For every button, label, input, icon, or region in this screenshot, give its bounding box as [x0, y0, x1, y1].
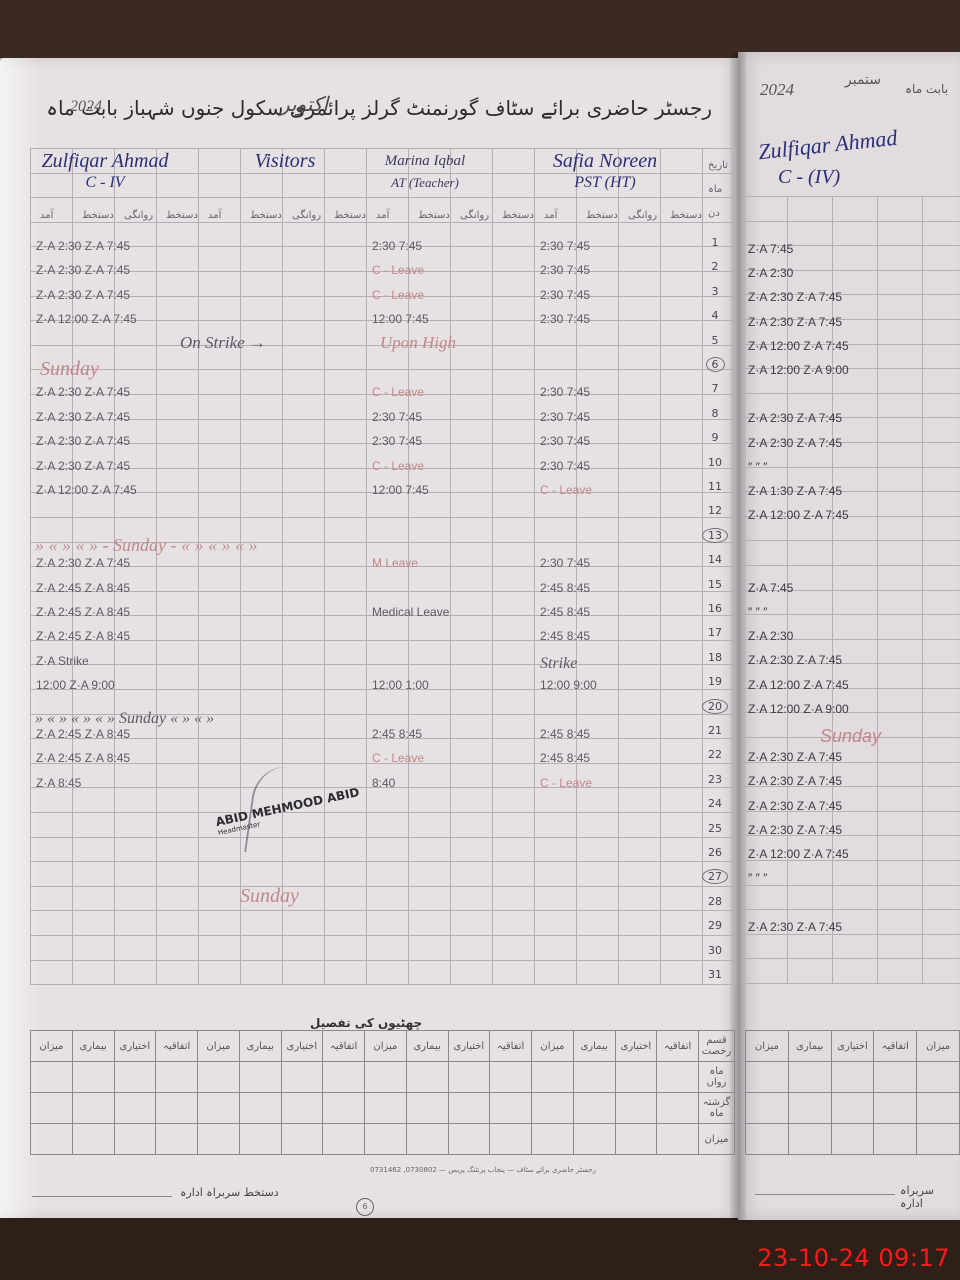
staff-name: Marina Iqbal	[385, 153, 465, 169]
summary-column-header: اتفاقیہ	[657, 1031, 699, 1062]
day-number: 11	[700, 480, 730, 493]
attendance-entry-marina: 2:30 7:45	[372, 434, 422, 448]
day-number-label: 3	[712, 285, 719, 298]
attendance-entry-safia: 2:45 8:45	[540, 727, 590, 741]
right-grid-row	[743, 959, 960, 984]
staff-designation: AT (Teacher)	[365, 172, 485, 194]
attendance-entry-marina: 2:45 8:45	[372, 727, 422, 741]
right-page-entry: Z·A 2:30 Z·A 7:45	[748, 290, 842, 304]
right-page-entry: Z·A 12:00 Z·A 9:00	[748, 702, 849, 716]
attendance-entry-zulfiqar: Z·A 2:30 Z·A 7:45	[36, 410, 130, 424]
day-number-label: 30	[708, 944, 722, 957]
summary-column-header: اختیاری	[448, 1031, 490, 1062]
day-number-label: 5	[712, 334, 719, 347]
day-number-label: 17	[708, 626, 722, 639]
day-number: 28	[700, 895, 730, 908]
day-number-label: 14	[708, 553, 722, 566]
grid-row	[31, 616, 736, 641]
column-label: دستخط	[502, 210, 534, 221]
day-number: 20	[700, 700, 730, 713]
day-number-label: 1	[712, 236, 719, 249]
summary-column-header: میزان	[532, 1031, 574, 1062]
annotation-sunday-27: Sunday	[240, 885, 299, 908]
right-page-entry: Z·A 1:30 Z·A 7:45	[748, 484, 842, 498]
attendance-entry-marina: 12:00 7:45	[372, 483, 429, 497]
column-label: دستخط	[82, 210, 114, 221]
summary-column-header: اختیاری	[114, 1031, 156, 1062]
summary-column-header: بیماری	[573, 1031, 615, 1062]
day-number-label: 19	[708, 675, 722, 688]
day-number-label: 18	[708, 651, 722, 664]
attendance-entry-zulfiqar: Z·A 2:45 Z·A 8:45	[36, 605, 130, 619]
day-number-label: 12	[708, 504, 722, 517]
day-number-label: 2	[712, 260, 719, 273]
day-number-label: 7	[712, 382, 719, 395]
day-number-label: 31	[708, 968, 722, 981]
day-number: 25	[700, 822, 730, 835]
attendance-entry-marina: C - Leave	[372, 263, 424, 277]
summary-column-header: بیماری	[406, 1031, 448, 1062]
attendance-entry-marina: Medical Leave	[372, 605, 449, 619]
attendance-entry-safia: 2:45 8:45	[540, 605, 590, 619]
day-number: 24	[700, 797, 730, 810]
right-page-entry: Z·A 7:45	[748, 581, 793, 595]
day-number: 10	[700, 456, 730, 469]
grid-row	[31, 960, 736, 985]
summary-row-header: ماہ رواں	[699, 1062, 735, 1093]
grid-row	[31, 862, 736, 887]
staff-name: Safia Noreen	[553, 150, 657, 172]
attendance-entry-zulfiqar: Z·A 2:30 Z·A 7:45	[36, 434, 130, 448]
summary-column-header: میزان	[198, 1031, 240, 1062]
day-number-label: 4	[712, 309, 719, 322]
attendance-entry-zulfiqar: Z·A 2:30 Z·A 7:45	[36, 385, 130, 399]
day-number: 13	[700, 529, 730, 542]
attendance-entry-marina: 8:40	[372, 776, 395, 790]
column-label: دستخط	[334, 210, 366, 221]
signature-line	[32, 1196, 172, 1197]
day-number: 30	[700, 944, 730, 957]
grid-row	[31, 911, 736, 936]
attendance-entry-marina: 2:30 7:45	[372, 239, 422, 253]
attendance-entry-marina: C - Leave	[372, 385, 424, 399]
attendance-entry-safia: 2:45 8:45	[540, 581, 590, 595]
summary-row-header: قسم رخصت	[699, 1031, 735, 1062]
summary-row: میزانبیماریاختیاریاتفاقیہمیزانبیماریاختی…	[31, 1031, 735, 1062]
column-label: دستخط	[586, 210, 618, 221]
day-number-label: 9	[712, 431, 719, 444]
attendance-entry-safia: C - Leave	[540, 776, 592, 790]
day-number-label: 20	[702, 699, 728, 714]
leave-summary-table: میزانبیماریاختیاریاتفاقیہمیزانبیماریاختی…	[30, 1030, 735, 1155]
attendance-entry-marina: 12:00 7:45	[372, 312, 429, 326]
right-grid-row	[743, 541, 960, 566]
day-number: 26	[700, 846, 730, 859]
day-number: 17	[700, 626, 730, 639]
column-label: روانگی	[292, 210, 321, 221]
attendance-entry-zulfiqar: Z·A 2:30 Z·A 7:45	[36, 239, 130, 253]
day-number: 9	[700, 431, 730, 444]
column-label: روانگی	[124, 210, 153, 221]
day-number-label: 10	[708, 456, 722, 469]
right-page-entry: Z·A 12:00 Z·A 9:00	[748, 363, 849, 377]
summary-column-header: میزان	[31, 1031, 73, 1062]
summary-column-header: میزان	[746, 1031, 789, 1062]
right-page-entry: Z·A 2:30 Z·A 7:45	[748, 920, 842, 934]
attendance-entry-marina: 12:00 1:00	[372, 678, 429, 692]
attendance-entry-marina: 2:30 7:45	[372, 410, 422, 424]
right-signature-line	[755, 1194, 895, 1195]
summary-column-header: بیماری	[239, 1031, 281, 1062]
column-label: آمد	[376, 210, 389, 221]
attendance-entry-zulfiqar: Z·A 8:45	[36, 776, 81, 790]
page-number: 6	[356, 1198, 374, 1216]
right-page-entry: ″ ″ ″	[748, 460, 767, 474]
attendance-entry-safia: C - Leave	[540, 483, 592, 497]
right-page-entry: Z·A 2:30 Z·A 7:45	[748, 653, 842, 667]
grid-row	[31, 567, 736, 592]
day-number-label: 21	[708, 724, 722, 737]
attendance-entry-zulfiqar: Z·A Strike	[36, 654, 89, 668]
attendance-entry-safia: 2:30 7:45	[540, 556, 590, 570]
day-number-label: 26	[708, 846, 722, 859]
attendance-entry-zulfiqar: Z·A 2:30 Z·A 7:45	[36, 263, 130, 277]
right-grid-row	[743, 934, 960, 959]
column-label: روانگی	[628, 210, 657, 221]
day-number: 3	[700, 285, 730, 298]
right-page-entry: Sunday	[820, 726, 881, 747]
right-summary-row	[746, 1062, 960, 1093]
attendance-entry-safia: 2:30 7:45	[540, 239, 590, 253]
summary-row: میزان	[31, 1124, 735, 1155]
attendance-entry-safia: 2:30 7:45	[540, 434, 590, 448]
day-number: 31	[700, 968, 730, 981]
right-page-entry: Z·A 12:00 Z·A 7:45	[748, 508, 849, 522]
day-number-label: 27	[702, 869, 728, 884]
summary-column-header: بیماری	[788, 1031, 831, 1062]
annotation-sunday-13: » « » « » - Sunday - « » « » « »	[35, 535, 257, 556]
attendance-entry-zulfiqar: Z·A 2:30 Z·A 7:45	[36, 556, 130, 570]
signature-label: دستخط سربراہ ادارہ	[180, 1186, 279, 1199]
annotation-strike-safia: Strike	[540, 655, 577, 673]
summary-column-header: اتفاقیہ	[874, 1031, 917, 1062]
day-number-label: 24	[708, 797, 722, 810]
column-label: دستخط	[166, 210, 198, 221]
attendance-entry-safia: 12:00 9:00	[540, 678, 597, 692]
day-number: 15	[700, 578, 730, 591]
right-page-entry: Z·A 2:30 Z·A 7:45	[748, 411, 842, 425]
attendance-entry-zulfiqar: Z·A 2:30 Z·A 7:45	[36, 459, 130, 473]
camera-timestamp: 23-10-24 09:17	[757, 1244, 950, 1272]
right-page-entry: Z·A 2:30 Z·A 7:45	[748, 799, 842, 813]
register-title-urdu: رجسٹر حاضری برائے سٹاف گورنمنٹ گرلز پرائ…	[46, 96, 712, 120]
right-page-entry: Z·A 12:00 Z·A 7:45	[748, 339, 849, 353]
right-page-entry: Z·A 2:30 Z·A 7:45	[748, 750, 842, 764]
day-number-label: 13	[702, 528, 728, 543]
attendance-entry-safia: 2:30 7:45	[540, 459, 590, 473]
day-number-label: 25	[708, 822, 722, 835]
day-number-label: 28	[708, 895, 722, 908]
right-page-entry: Z·A 7:45	[748, 242, 793, 256]
summary-column-header: اتفاقیہ	[156, 1031, 198, 1062]
day-number-label: 15	[708, 578, 722, 591]
right-summary-row: میزانبیماریاختیاریاتفاقیہمیزان	[746, 1031, 960, 1062]
date-column-header: تاریخ	[708, 160, 728, 171]
right-summary-row	[746, 1124, 960, 1155]
summary-column-header: میزان	[365, 1031, 407, 1062]
staff-name: Visitors	[255, 150, 316, 172]
staff-header-safia: Safia Noreen PST (HT)	[525, 150, 685, 208]
day-number: 14	[700, 553, 730, 566]
register-year: 2024	[70, 98, 102, 116]
annotation-on-strike: On Strike →	[180, 333, 266, 353]
printer-note: رجسٹر حاضری برائے سٹاف — پنجاب پرنٹنگ پر…	[370, 1166, 596, 1174]
day-number: 2	[700, 260, 730, 273]
staff-header-marina: Marina Iqbal AT (Teacher)	[365, 150, 485, 208]
staff-designation: C - IV	[10, 172, 200, 194]
right-page-entry: Z·A 2:30 Z·A 7:45	[748, 774, 842, 788]
right-page-entry: Z·A 2:30 Z·A 7:45	[748, 436, 842, 450]
summary-column-header: اتفاقیہ	[490, 1031, 532, 1062]
grid-row	[31, 813, 736, 838]
grid-row	[31, 640, 736, 665]
summary-column-header: اختیاری	[281, 1031, 323, 1062]
right-signature-label: سربراہ ادارہ	[900, 1184, 960, 1210]
summary-column-header: اختیاری	[831, 1031, 874, 1062]
right-summary-row	[746, 1093, 960, 1124]
attendance-entry-zulfiqar: Z·A 2:45 Z·A 8:45	[36, 751, 130, 765]
day-number: 23	[700, 773, 730, 786]
date-column-header: دن	[708, 208, 720, 219]
column-label: آمد	[40, 210, 53, 221]
right-page-entry: Z·A 2:30	[748, 629, 793, 643]
day-number: 8	[700, 407, 730, 420]
right-grid-row	[743, 885, 960, 910]
column-label: آمد	[544, 210, 557, 221]
column-label: دستخط	[670, 210, 702, 221]
attendance-entry-marina: C - Leave	[372, 459, 424, 473]
attendance-entry-zulfiqar: Z·A 2:30 Z·A 7:45	[36, 288, 130, 302]
day-number-label: 29	[708, 919, 722, 932]
day-number: 21	[700, 724, 730, 737]
grid-row	[31, 886, 736, 911]
summary-column-header: اتفاقیہ	[323, 1031, 365, 1062]
right-page-designation: C - (IV)	[778, 166, 840, 189]
day-number: 7	[700, 382, 730, 395]
annotation-upon-high: Upon High	[380, 333, 456, 353]
attendance-entry-safia: 2:45 8:45	[540, 751, 590, 765]
day-number-label: 6	[706, 357, 725, 372]
attendance-entry-zulfiqar: 12:00 Z·A 9:00	[36, 678, 115, 692]
right-leave-summary-table: میزانبیماریاختیاریاتفاقیہمیزان	[745, 1030, 960, 1155]
summary-column-header: بیماری	[72, 1031, 114, 1062]
right-page-entry: Z·A 12:00 Z·A 7:45	[748, 678, 849, 692]
right-page-entry: Z·A 2:30 Z·A 7:45	[748, 315, 842, 329]
attendance-entry-zulfiqar: Z·A 12:00 Z·A 7:45	[36, 312, 137, 326]
right-grid-row	[743, 197, 960, 222]
summary-row-header: میزان	[699, 1124, 735, 1155]
right-page-entry: ″ ″ ″	[748, 605, 767, 619]
right-grid-row	[743, 861, 960, 886]
summary-column-header: میزان	[917, 1031, 960, 1062]
attendance-entry-safia: 2:30 7:45	[540, 385, 590, 399]
date-column-header: ماہ	[708, 184, 722, 195]
day-number: 5	[700, 334, 730, 347]
day-number-label: 23	[708, 773, 722, 786]
staff-header-zulfiqar: Zulfiqar Ahmad C - IV	[10, 150, 200, 208]
register-month: اکتوبر	[280, 92, 328, 117]
staff-designation: PST (HT)	[525, 172, 685, 194]
column-label: روانگی	[460, 210, 489, 221]
day-number-label: 22	[708, 748, 722, 761]
attendance-entry-marina: C - Leave	[372, 751, 424, 765]
day-number: 27	[700, 870, 730, 883]
annotation-sunday-20: » « » « » « » Sunday « » « »	[35, 710, 214, 728]
attendance-entry-safia: 2:30 7:45	[540, 410, 590, 424]
day-number: 6	[700, 358, 730, 371]
summary-column-header: اختیاری	[615, 1031, 657, 1062]
attendance-entry-zulfiqar: Z·A 2:45 Z·A 8:45	[36, 581, 130, 595]
grid-row	[31, 936, 736, 961]
attendance-entry-zulfiqar: Z·A 2:45 Z·A 8:45	[36, 727, 130, 741]
grid-row	[31, 788, 736, 813]
summary-row: گزشتہ ماہ	[31, 1093, 735, 1124]
attendance-entry-safia: 2:45 8:45	[540, 629, 590, 643]
day-number: 29	[700, 919, 730, 932]
attendance-entry-marina: C - Leave	[372, 288, 424, 302]
day-number: 18	[700, 651, 730, 664]
day-number: 12	[700, 504, 730, 517]
day-number-label: 11	[708, 480, 722, 493]
day-number-label: 16	[708, 602, 722, 615]
day-number: 4	[700, 309, 730, 322]
day-number: 16	[700, 602, 730, 615]
summary-row: ماہ رواں	[31, 1062, 735, 1093]
staff-header-visitors: Visitors	[200, 150, 370, 208]
right-page-entry: ″ ″ ″	[748, 871, 767, 885]
summary-row-header: گزشتہ ماہ	[699, 1093, 735, 1124]
right-page-entry: Z·A 12:00 Z·A 7:45	[748, 847, 849, 861]
attendance-entry-zulfiqar: Z·A 2:45 Z·A 8:45	[36, 629, 130, 643]
column-label: دستخط	[418, 210, 450, 221]
attendance-entry-safia: 2:30 7:45	[540, 312, 590, 326]
grid-row	[31, 837, 736, 862]
attendance-entry-marina: M Leave	[372, 556, 418, 570]
attendance-entry-safia: 2:30 7:45	[540, 263, 590, 277]
day-number: 19	[700, 675, 730, 688]
column-label: دستخط	[250, 210, 282, 221]
day-number: 1	[700, 236, 730, 249]
register-title: رجسٹر حاضری برائے سٹاف گورنمنٹ گرلز پرائ…	[40, 92, 730, 132]
attendance-entry-safia: 2:30 7:45	[540, 288, 590, 302]
right-page-year: 2024	[760, 80, 794, 100]
attendance-entry-zulfiqar: Z·A 12:00 Z·A 7:45	[36, 483, 137, 497]
column-label: آمد	[208, 210, 221, 221]
day-number: 22	[700, 748, 730, 761]
right-page-label: بابت ماہ	[905, 82, 948, 96]
staff-name: Zulfiqar Ahmad	[42, 150, 169, 172]
right-page-month: ستمبر	[845, 72, 881, 88]
annotation-sunday-6: Sunday	[40, 358, 99, 381]
leave-summary-title: چھٹیوں کی تفصیل	[310, 1016, 422, 1030]
right-page-entry: Z·A 2:30 Z·A 7:45	[748, 823, 842, 837]
right-page-entry: Z·A 2:30	[748, 266, 793, 280]
day-number-label: 8	[712, 407, 719, 420]
